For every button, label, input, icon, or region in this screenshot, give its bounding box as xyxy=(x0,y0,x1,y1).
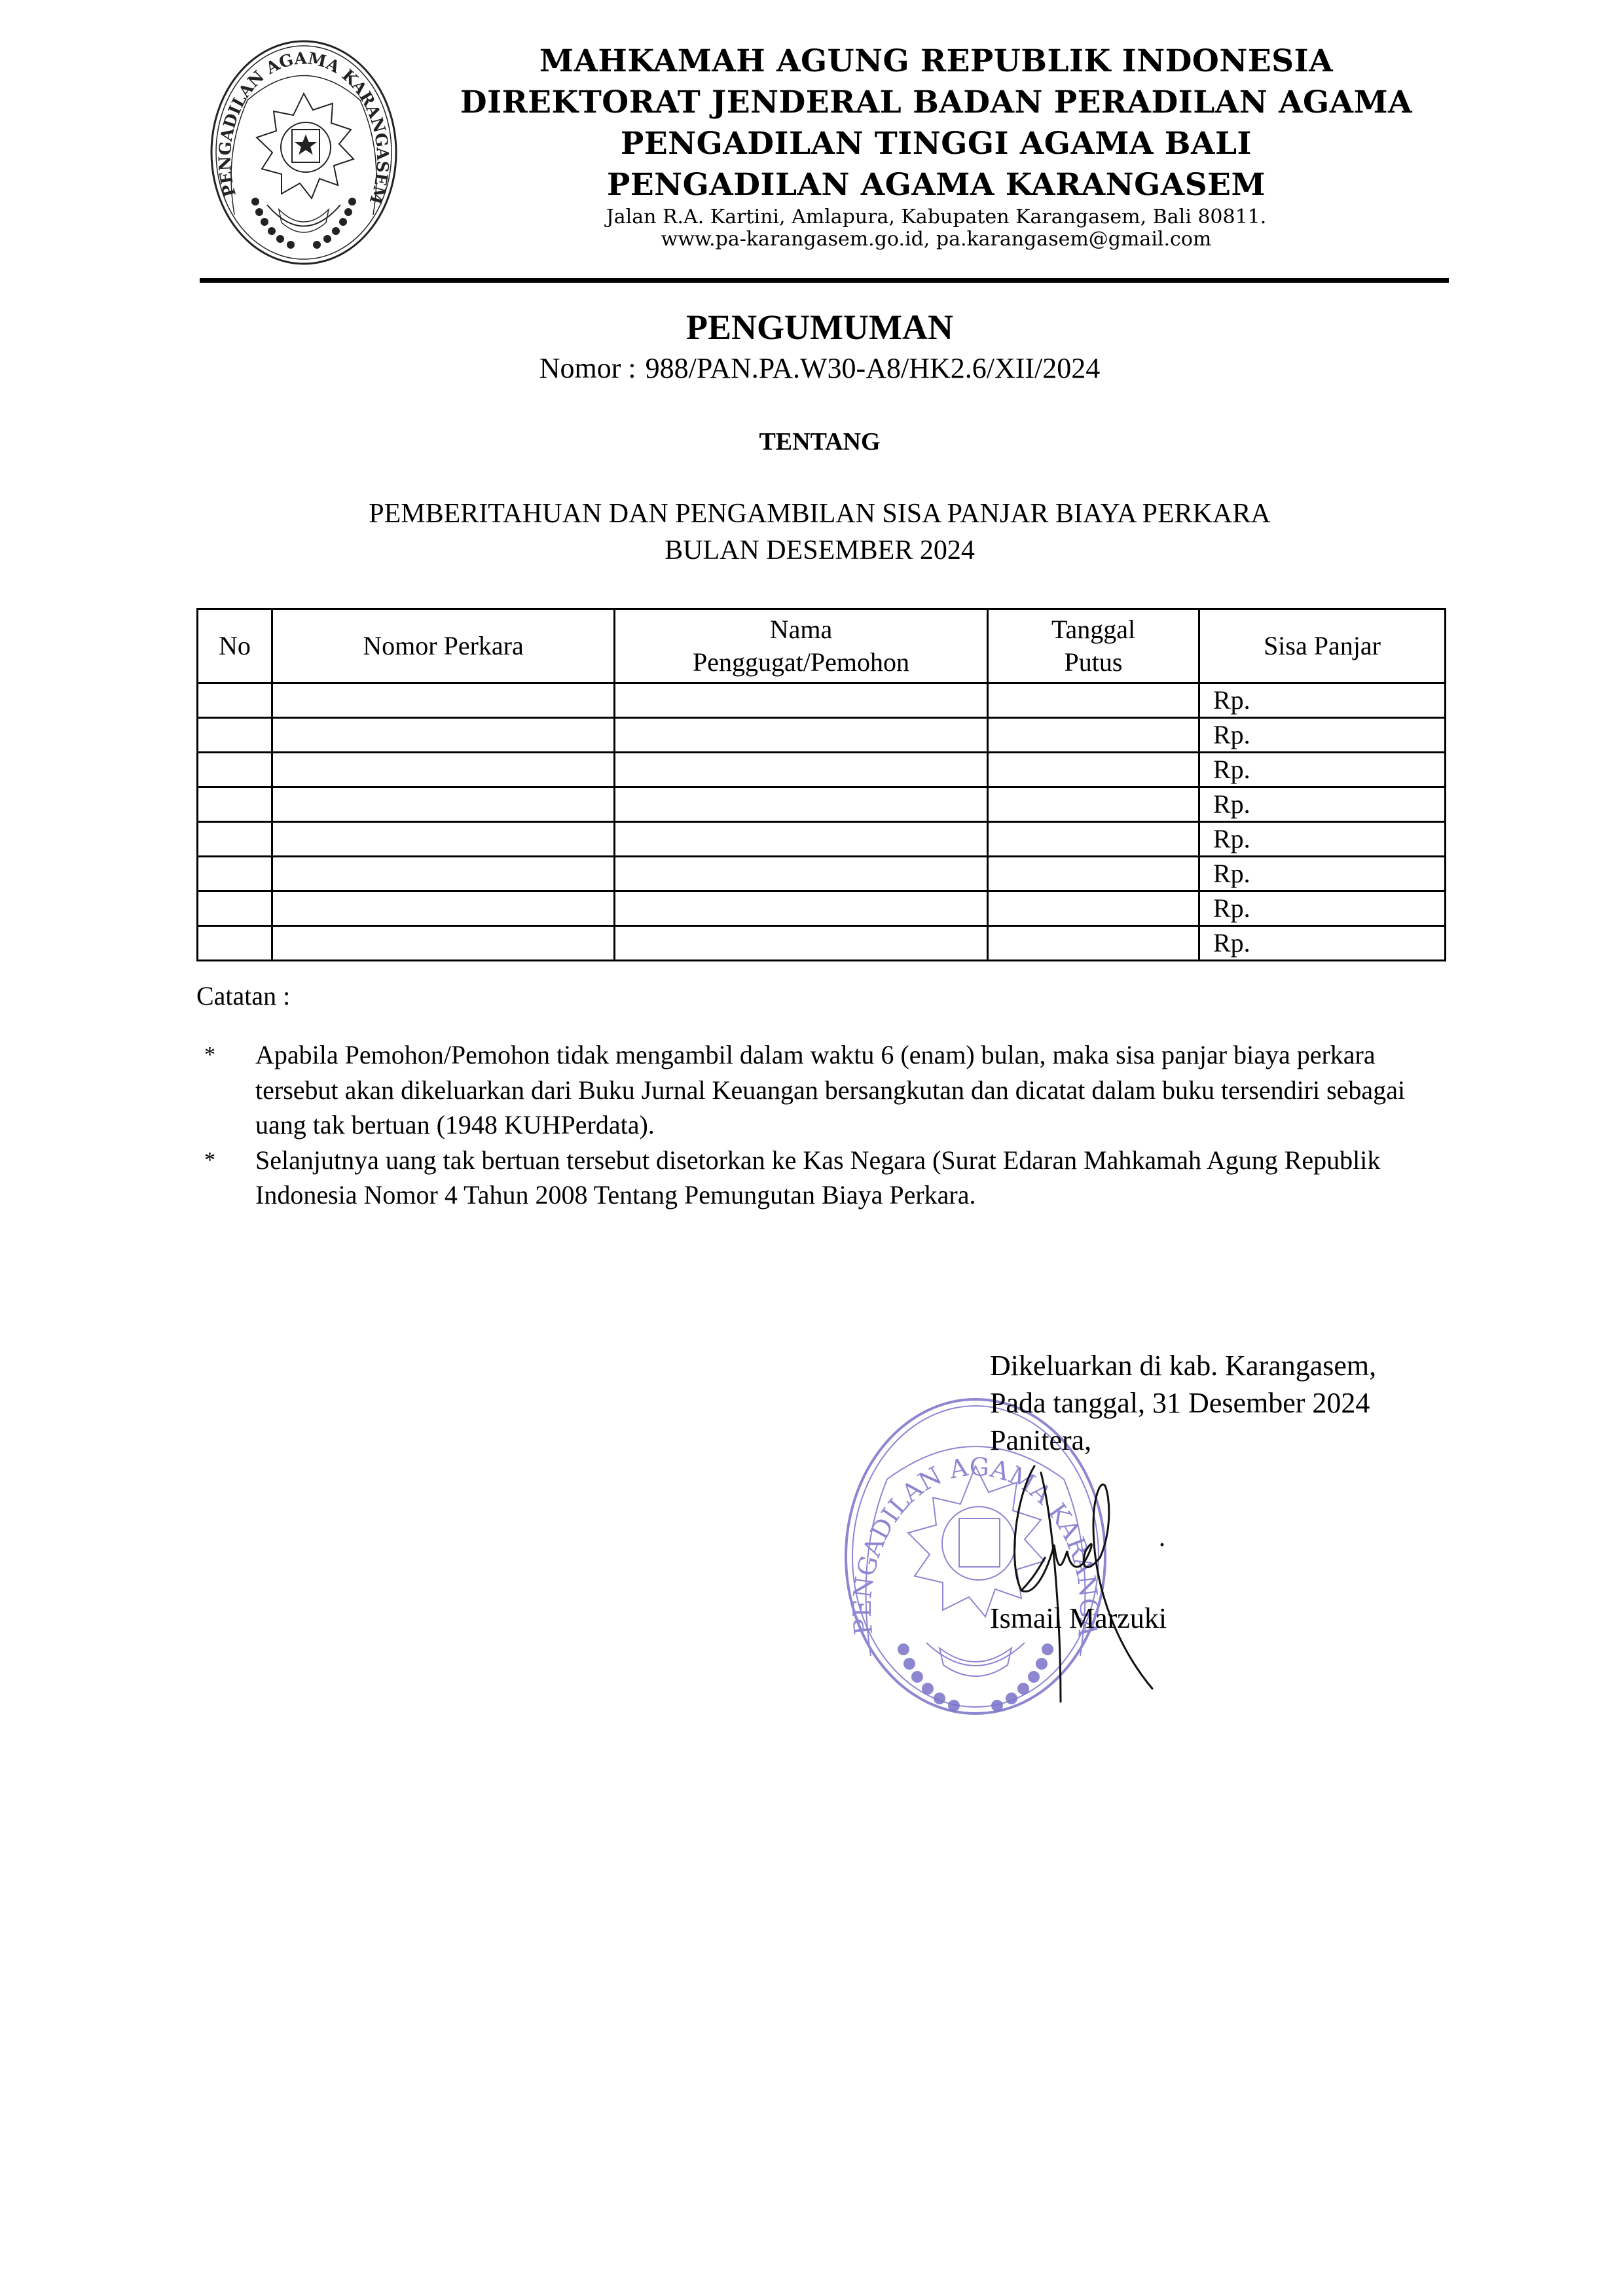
court-emblem-icon: PENGADILAN AGAMA KARANGASEM xyxy=(208,38,399,267)
asterisk-bullet-icon: * xyxy=(204,1037,215,1073)
letterhead-address: Jalan R.A. Kartini, Amlapura, Kabupaten … xyxy=(419,206,1453,228)
about-heading: TENTANG xyxy=(196,425,1443,458)
table-row: Rp. xyxy=(198,822,1446,857)
letterhead-line-directorate: DIREKTORAT JENDERAL BADAN PERADILAN AGAM… xyxy=(419,82,1453,123)
letterhead-divider xyxy=(200,278,1449,283)
cell-no xyxy=(198,718,272,753)
cell-remaining-deposit: Rp. xyxy=(1199,857,1446,891)
letterhead-line-court: PENGADILAN AGAMA KARANGASEM xyxy=(419,164,1453,206)
letterhead-line-high-court: PENGADILAN TINGGI AGAMA BALI xyxy=(419,123,1453,164)
cell-decision-date xyxy=(988,787,1199,822)
cell-no xyxy=(198,787,272,822)
cell-decision-date xyxy=(988,753,1199,787)
issued-date: Pada tanggal, 31 Desember 2024 xyxy=(990,1384,1370,1422)
cell-no xyxy=(198,891,272,926)
cell-remaining-deposit: Rp. xyxy=(1199,891,1446,926)
cell-remaining-deposit: Rp. xyxy=(1199,683,1446,718)
note-text: Selanjutnya uang tak bertuan tersebut di… xyxy=(255,1143,1434,1213)
document-number-value: 988/PAN.PA.W30-A8/HK2.6/XII/2024 xyxy=(646,352,1101,384)
cell-plaintiff-name xyxy=(615,926,988,961)
notes-list: * Apabila Pemohon/Pemohon tidak mengambi… xyxy=(196,1037,1440,1213)
letterhead-contact: www.pa-karangasem.go.id, pa.karangasem@g… xyxy=(419,228,1453,251)
table-row: Rp. xyxy=(198,857,1446,891)
cell-remaining-deposit: Rp. xyxy=(1199,718,1446,753)
notes-label: Catatan : xyxy=(196,980,290,1013)
cell-decision-date xyxy=(988,891,1199,926)
table-row: Rp. xyxy=(198,926,1446,961)
table-row: Rp. xyxy=(198,753,1446,787)
table-row: Rp. xyxy=(198,683,1446,718)
cell-decision-date xyxy=(988,822,1199,857)
cell-decision-date xyxy=(988,683,1199,718)
table-row: Rp. xyxy=(198,891,1446,926)
cell-case-number xyxy=(272,822,615,857)
handwritten-signature-icon xyxy=(995,1460,1185,1708)
column-header-plaintiff-name: Nama Penggugat/Pemohon xyxy=(615,609,988,683)
asterisk-bullet-icon: * xyxy=(204,1143,215,1178)
cell-case-number xyxy=(272,926,615,961)
cell-no xyxy=(198,822,272,857)
signatory-name: Ismail Marzuki xyxy=(990,1600,1167,1637)
column-header-remaining-deposit: Sisa Panjar xyxy=(1199,609,1446,683)
note-item: * Apabila Pemohon/Pemohon tidak mengambi… xyxy=(196,1037,1440,1143)
cell-plaintiff-name xyxy=(615,822,988,857)
cell-case-number xyxy=(272,857,615,891)
issued-place: Dikeluarkan di kab. Karangasem, xyxy=(990,1347,1376,1384)
cell-no xyxy=(198,926,272,961)
cell-case-number xyxy=(272,787,615,822)
remaining-deposit-table: No Nomor Perkara Nama Penggugat/Pemohon … xyxy=(196,608,1446,961)
document-number-label: Nomor : xyxy=(539,352,636,384)
subject-line-2: BULAN DESEMBER 2024 xyxy=(196,533,1443,568)
cell-remaining-deposit: Rp. xyxy=(1199,753,1446,787)
signatory-position: Panitera, xyxy=(990,1422,1091,1459)
cell-plaintiff-name xyxy=(615,891,988,926)
cell-plaintiff-name xyxy=(615,718,988,753)
cell-decision-date xyxy=(988,857,1199,891)
cell-no xyxy=(198,857,272,891)
cell-plaintiff-name xyxy=(615,683,988,718)
cell-no xyxy=(198,753,272,787)
table-row: Rp. xyxy=(198,787,1446,822)
cell-decision-date xyxy=(988,718,1199,753)
column-header-decision-date: Tanggal Putus xyxy=(988,609,1199,683)
document-number: Nomor :988/PAN.PA.W30-A8/HK2.6/XII/2024 xyxy=(196,350,1443,387)
cell-case-number xyxy=(272,753,615,787)
cell-case-number xyxy=(272,683,615,718)
cell-case-number xyxy=(272,718,615,753)
column-header-case-number: Nomor Perkara xyxy=(272,609,615,683)
cell-no xyxy=(198,683,272,718)
cell-remaining-deposit: Rp. xyxy=(1199,787,1446,822)
column-header-no: No xyxy=(198,609,272,683)
cell-plaintiff-name xyxy=(615,753,988,787)
svg-text:PENGADILAN AGAMA KARANGASEM: PENGADILAN AGAMA KARANGASEM xyxy=(215,48,393,206)
letterhead-line-supreme-court: MAHKAMAH AGUNG REPUBLIK INDONESIA xyxy=(419,41,1453,82)
note-text: Apabila Pemohon/Pemohon tidak mengambil … xyxy=(255,1037,1434,1143)
cell-plaintiff-name xyxy=(615,787,988,822)
cell-remaining-deposit: Rp. xyxy=(1199,926,1446,961)
table-header-row: No Nomor Perkara Nama Penggugat/Pemohon … xyxy=(198,609,1446,683)
cell-decision-date xyxy=(988,926,1199,961)
note-item: * Selanjutnya uang tak bertuan tersebut … xyxy=(196,1143,1440,1213)
document-title: PENGUMUMAN xyxy=(196,306,1443,348)
subject-line-1: PEMBERITAHUAN DAN PENGAMBILAN SISA PANJA… xyxy=(196,496,1443,531)
cell-plaintiff-name xyxy=(615,857,988,891)
cell-case-number xyxy=(272,891,615,926)
cell-remaining-deposit: Rp. xyxy=(1199,822,1446,857)
table-row: Rp. xyxy=(198,718,1446,753)
